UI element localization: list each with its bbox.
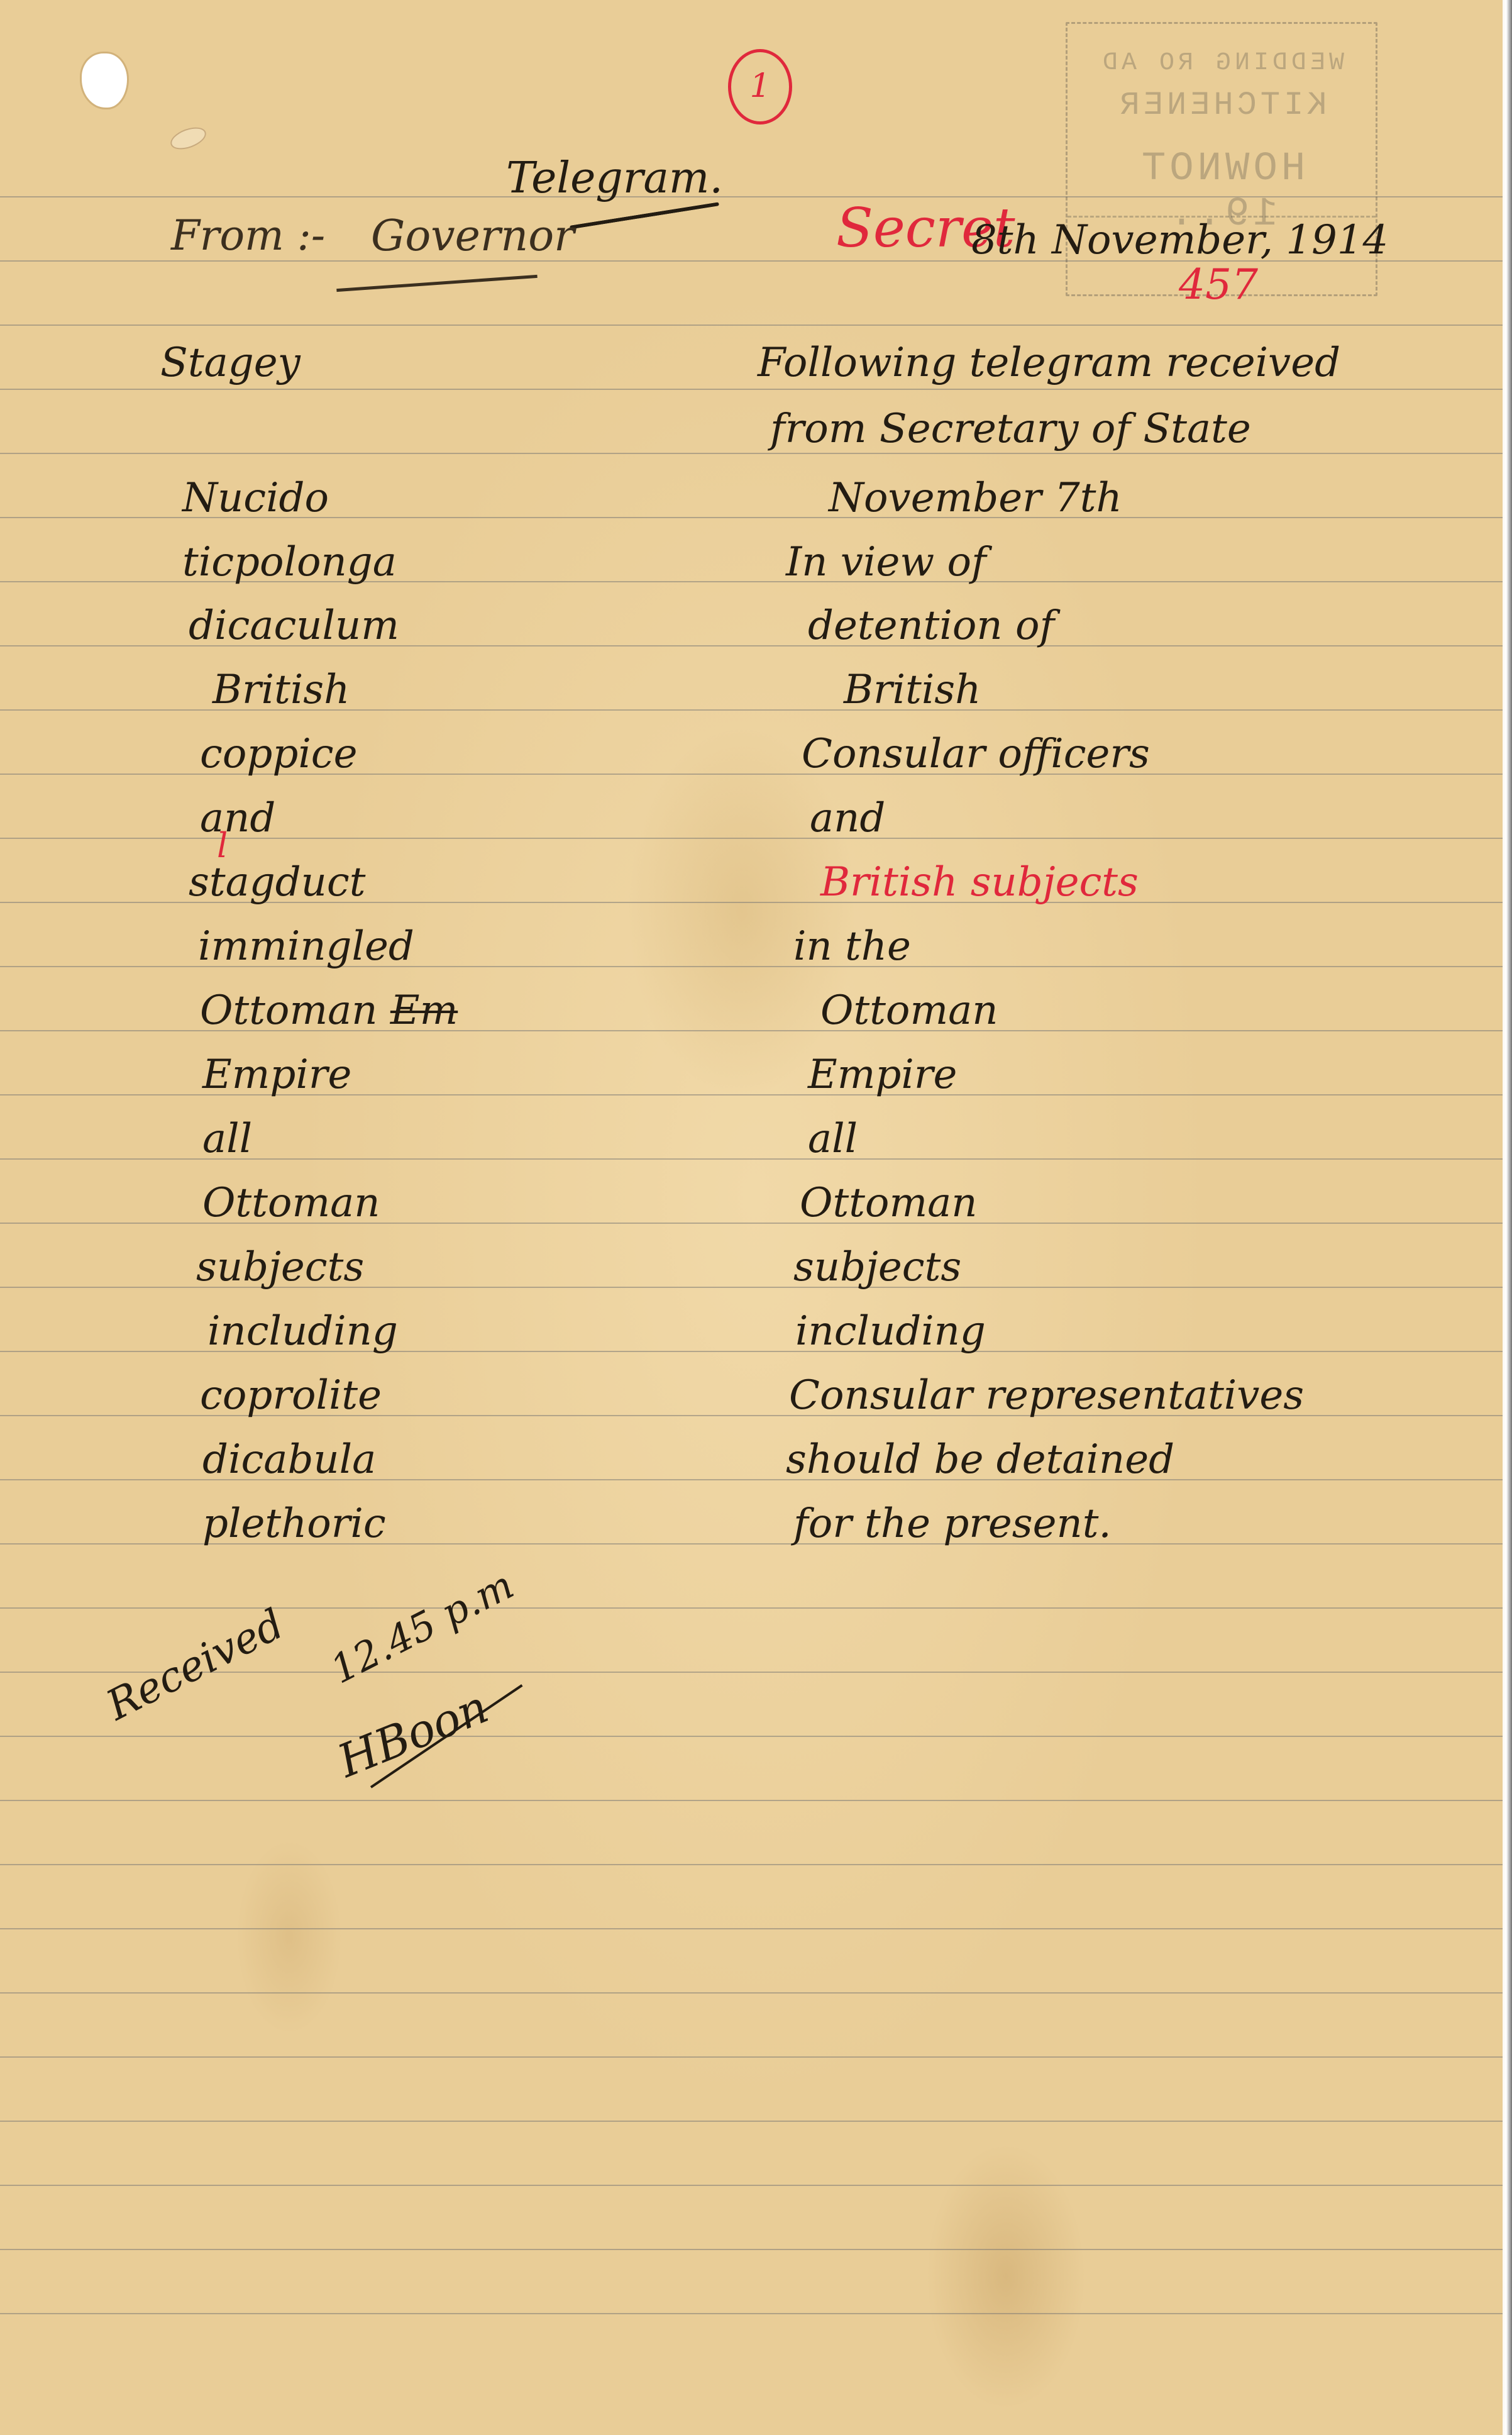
plain-line: and bbox=[810, 798, 885, 838]
correction-mark: l bbox=[217, 829, 228, 863]
from-label: From :- bbox=[171, 215, 325, 257]
ruled-line bbox=[0, 389, 1503, 390]
plain-line: Ottoman bbox=[820, 990, 998, 1031]
code-word: subjects bbox=[196, 1247, 364, 1287]
code-word-with-strike: Ottoman Em bbox=[200, 990, 458, 1031]
code-word: coprolite bbox=[200, 1375, 382, 1416]
code-word: immingled bbox=[198, 926, 414, 967]
plain-line: British bbox=[844, 670, 981, 710]
plain-line: Consular officers bbox=[802, 734, 1150, 774]
plain-line: Ottoman bbox=[800, 1183, 978, 1223]
code-word-corrected: stagduct bbox=[189, 862, 365, 902]
plain-line: Consular representatives bbox=[789, 1375, 1304, 1416]
code-word: including bbox=[207, 1311, 398, 1351]
reference-number: 457 bbox=[1179, 264, 1258, 306]
code-word: Stagey bbox=[160, 343, 301, 383]
ruled-line bbox=[0, 2121, 1503, 2122]
ruled-line bbox=[0, 1736, 1503, 1737]
plain-line: all bbox=[808, 1119, 858, 1159]
ruled-line bbox=[0, 2185, 1503, 2186]
telegram-date: 8th November, 1914 bbox=[971, 220, 1388, 260]
plain-line-red-insert: British subjects bbox=[820, 862, 1139, 902]
code-word: dicaculum bbox=[189, 606, 399, 646]
stamp-line-2: KITCHENER bbox=[1074, 87, 1369, 124]
ruled-line bbox=[0, 324, 1503, 326]
code-word: British bbox=[212, 670, 350, 710]
plain-line: November 7th bbox=[829, 478, 1122, 518]
plain-line: in the bbox=[793, 926, 911, 967]
code-word-text: Ottoman bbox=[200, 987, 390, 1034]
code-word: dicabula bbox=[202, 1439, 376, 1480]
ruled-line bbox=[0, 1992, 1503, 1994]
plain-line: should be detained bbox=[786, 1439, 1174, 1480]
ruled-line bbox=[0, 1800, 1503, 1801]
folio-number: 1 bbox=[728, 49, 792, 125]
document-title: Telegram. bbox=[506, 157, 723, 200]
ruled-line bbox=[0, 2249, 1503, 2250]
code-word: Nucido bbox=[182, 478, 329, 518]
code-word: and bbox=[200, 798, 275, 838]
code-word: plethoric bbox=[202, 1504, 386, 1544]
ruled-line bbox=[0, 1928, 1503, 1929]
punch-hole bbox=[82, 53, 127, 108]
plain-line: for the present. bbox=[793, 1504, 1112, 1544]
ruled-line bbox=[0, 1607, 1503, 1609]
plain-line: detention of bbox=[808, 606, 1054, 646]
code-word: Ottoman bbox=[202, 1183, 380, 1223]
scan-edge bbox=[1503, 0, 1512, 2435]
plain-line: including bbox=[795, 1311, 986, 1351]
code-word: coppice bbox=[200, 734, 358, 774]
ruled-line bbox=[0, 453, 1503, 454]
ruled-line bbox=[0, 2056, 1503, 2058]
ruled-line bbox=[0, 2313, 1503, 2314]
plain-line: Empire bbox=[808, 1055, 957, 1095]
code-word: Empire bbox=[202, 1055, 351, 1095]
code-word: all bbox=[202, 1119, 252, 1159]
struck-fragment: Em bbox=[390, 987, 458, 1034]
plain-line: In view of bbox=[786, 542, 986, 582]
ruled-line bbox=[0, 1864, 1503, 1865]
plain-line: from Secretary of State bbox=[770, 409, 1251, 449]
code-word: ticpolonga bbox=[182, 542, 397, 582]
plain-line: subjects bbox=[793, 1247, 961, 1287]
plain-line: Following telegram received bbox=[758, 343, 1340, 383]
from-value: Governor bbox=[371, 215, 575, 258]
stamp-line-1: WEDDING RO AD bbox=[1074, 49, 1369, 77]
